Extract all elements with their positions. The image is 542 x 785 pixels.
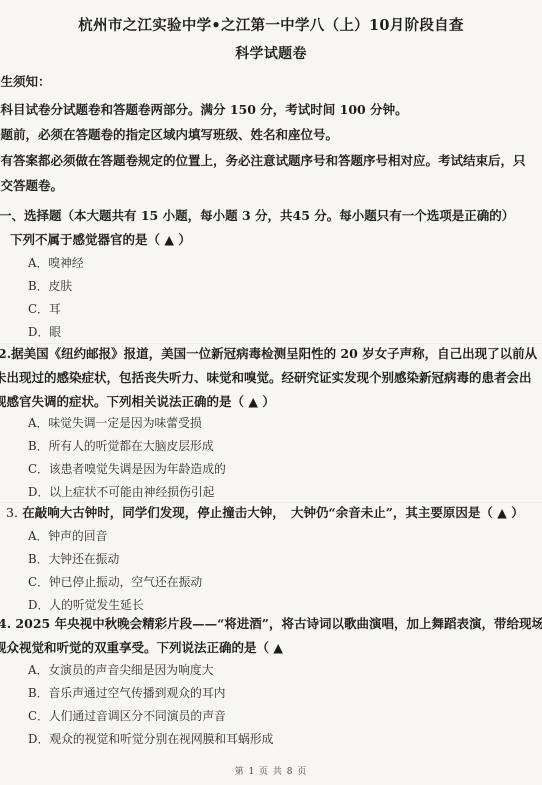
option-label: D．: [28, 325, 49, 339]
question-number: 2.: [0, 346, 11, 361]
question-2-stem-line-3: 现感官失调的症状。下列相关说法正确的是（ ▲ ）: [0, 392, 275, 410]
option-label: D．: [28, 732, 49, 746]
option-label: A．: [28, 663, 48, 677]
option-label: B．: [28, 279, 48, 293]
option-text: 大钟还在振动: [48, 552, 119, 566]
option-text: 女演员的声音尖细是因为响度大: [48, 663, 213, 677]
option-text: 所有人的听觉都在大脑皮层形成: [48, 439, 213, 453]
question-3-option-d: D．人的听觉发生延长: [28, 596, 144, 613]
question-2-option-c: C．该患者嗅觉失调是因为年龄造成的: [28, 460, 226, 477]
question-1-option-a: A．嗅神经: [28, 254, 84, 271]
option-text: 人们通过音调区分不同演员的声音: [49, 709, 226, 723]
option-label: A．: [28, 416, 48, 430]
option-text: 皮肤: [48, 279, 72, 293]
exam-page: 杭州市之江实验中学•之江第一中学八（上）10月阶段自查 科学试题卷 考生须知： …: [0, 0, 542, 785]
question-4-stem-line-2: 观众视觉和听觉的双重享受。下列说法正确的是（ ▲: [0, 638, 283, 656]
question-3-stem: 3. 在敲响大古钟时，同学们发现，停止撞击大钟， 大钟仍“余音未止”，其主要原因…: [6, 503, 524, 521]
option-text: 味觉失调一定是因为味蕾受损: [48, 416, 201, 430]
page-number: 第 1 页 共 8 页: [0, 764, 542, 777]
option-label: C．: [28, 302, 49, 316]
question-1-option-c: C．耳: [28, 300, 61, 317]
option-label: C．: [28, 462, 49, 476]
notice-item: 上交答题卷。: [0, 176, 63, 194]
option-label: C．: [28, 709, 49, 723]
option-text: 以上症状不可能由神经损伤引起: [49, 485, 214, 499]
stem-text: 2025 年央视中秋晚会精彩片段——“将进酒”，将古诗词以歌曲演唱，加上舞蹈表演…: [15, 616, 542, 631]
question-3-option-c: C．钟已停止振动，空气还在振动: [28, 573, 202, 590]
notice-item: 答题前，必须在答题卷的指定区域内填写班级、姓名和座位号。: [0, 125, 338, 143]
question-number: 3.: [6, 505, 18, 520]
question-3-option-a: A．钟声的回音: [28, 527, 107, 544]
question-2-stem-line-1: 2.据美国《纽约邮报》报道，美国一位新冠病毒检测呈阳性的 20 岁女子声称，自己…: [0, 344, 537, 362]
question-4-option-b: B．音乐声通过空气传播到观众的耳内: [28, 684, 225, 701]
question-4-stem-line-1: 4. 2025 年央视中秋晚会精彩片段——“将进酒”，将古诗词以歌曲演唱，加上舞…: [0, 614, 542, 632]
option-label: B．: [28, 686, 48, 700]
notice-item: 本科目试卷分试题卷和答题卷两部分。满分 150 分，考试时间 100 分钟。: [0, 100, 408, 118]
question-4-option-a: A．女演员的声音尖细是因为响度大: [28, 661, 214, 678]
option-label: D．: [28, 485, 49, 499]
notice-heading: 考生须知：: [0, 72, 51, 90]
option-label: A．: [28, 256, 48, 270]
question-2-option-b: B．所有人的听觉都在大脑皮层形成: [28, 437, 214, 454]
stem-text: 据美国《纽约邮报》报道，美国一位新冠病毒检测呈阳性的 20 岁女子声称，自己出现…: [11, 346, 537, 361]
question-2-option-d: D．以上症状不可能由神经损伤引起: [28, 483, 214, 500]
option-label: D．: [28, 598, 49, 612]
exam-subtitle: 科学试题卷: [0, 43, 542, 63]
option-text: 钟已停止振动，空气还在振动: [49, 575, 202, 589]
question-2-option-a: A．味觉失调一定是因为味蕾受损: [28, 414, 202, 431]
option-text: 音乐声通过空气传播到观众的耳内: [48, 686, 225, 700]
exam-title: 杭州市之江实验中学•之江第一中学八（上）10月阶段自查: [0, 14, 542, 35]
question-number: 4.: [0, 616, 11, 631]
question-4-option-d: D．观众的视觉和听觉分别在视网膜和耳蜗形成: [28, 730, 273, 747]
question-4-option-c: C．人们通过音调区分不同演员的声音: [28, 707, 226, 724]
question-2-stem-line-2: 未出现过的感染症状，包括丧失听力、味觉和嗅觉。经研究证实发现个别感染新冠病毒的患…: [0, 368, 532, 386]
option-label: B．: [28, 552, 48, 566]
option-text: 耳: [49, 302, 61, 316]
option-label: C．: [28, 575, 49, 589]
option-label: B．: [28, 439, 48, 453]
question-1-stem: 下列不属于感觉器官的是（ ▲ ）: [10, 230, 191, 248]
option-text: 嗅神经: [48, 256, 83, 270]
option-text: 该患者嗅觉失调是因为年龄造成的: [49, 462, 226, 476]
question-1-option-d: D．眼: [28, 323, 61, 340]
option-text: 观众的视觉和听觉分别在视网膜和耳蜗形成: [49, 732, 273, 746]
question-3-option-b: B．大钟还在振动: [28, 550, 119, 567]
section-heading: 一、选择题（本大题共有 15 小题，每小题 3 分，共45 分。每小题只有一个选…: [0, 206, 514, 224]
option-label: A．: [28, 529, 48, 543]
stem-text: 在敲响大古钟时，同学们发现，停止撞击大钟， 大钟仍“余音未止”，其主要原因是（ …: [22, 505, 523, 520]
notice-item: 所有答案都必须做在答题卷规定的位置上，务必注意试题序号和答题序号相对应。考试结束…: [0, 151, 526, 169]
question-1-option-b: B．皮肤: [28, 277, 72, 294]
option-text: 人的听觉发生延长: [49, 598, 143, 612]
option-text: 眼: [49, 325, 61, 339]
option-text: 钟声的回音: [48, 529, 107, 543]
